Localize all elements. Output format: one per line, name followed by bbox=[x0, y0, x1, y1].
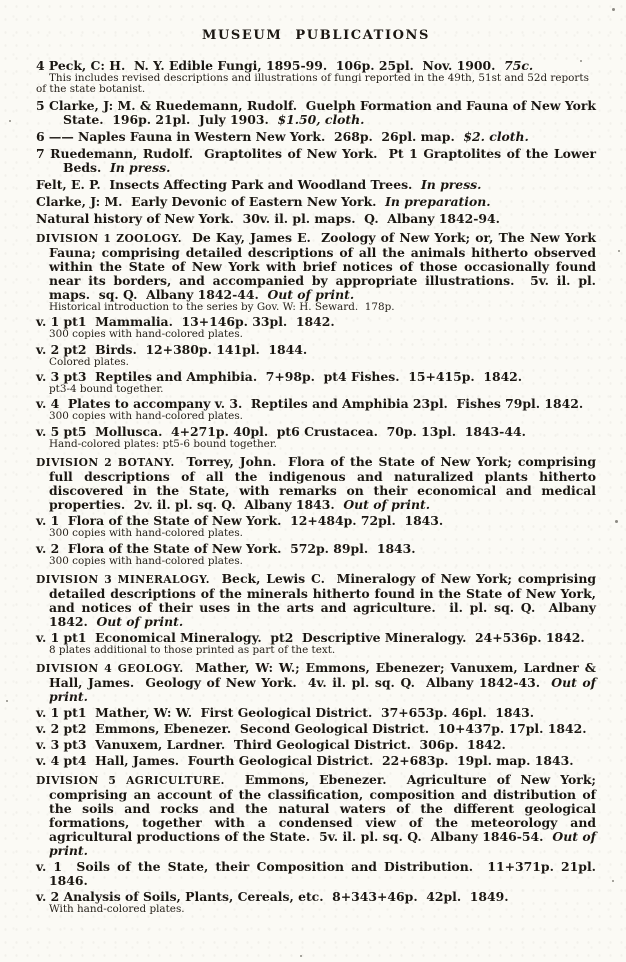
text-segment: v. 1 pt1 Mammalia. 13+146p. 33pl. 1842. bbox=[36, 314, 335, 329]
text-segment-italic: 75c. bbox=[504, 58, 533, 73]
scan-speck bbox=[580, 60, 582, 62]
entry-note: 300 copies with hand-colored plates. bbox=[36, 528, 596, 539]
entry-note: 300 copies with hand-colored plates. bbox=[36, 411, 596, 422]
entry-note: Colored plates. bbox=[36, 357, 596, 368]
entry-note: This includes revised descriptions and i… bbox=[36, 73, 596, 96]
division-entry: DIVISION 1 ZOOLOGY. De Kay, James E. Zoo… bbox=[36, 231, 596, 302]
text-segment: v. 1 pt1 Mather, W: W. First Geological … bbox=[36, 705, 534, 720]
text-segment: v. 2 Analysis of Soils, Plants, Cereals,… bbox=[36, 889, 509, 904]
text-segment: 8 plates additional to those printed as … bbox=[49, 644, 335, 656]
text-segment: Natural history of New York. 30v. il. pl… bbox=[36, 211, 500, 226]
volume-entry: v. 2 Analysis of Soils, Plants, Cereals,… bbox=[36, 890, 596, 904]
text-segment: v. 1 pt1 Economical Mineralogy. pt2 Desc… bbox=[36, 630, 585, 645]
catalog-entry: 5 Clarke, J: M. & Ruedemann, Rudolf. Gue… bbox=[36, 99, 596, 127]
text-segment-sc: DIVISION 1 ZOOLOGY. bbox=[36, 232, 182, 245]
volume-entry: v. 1 Soils of the State, their Compositi… bbox=[36, 860, 596, 888]
scan-speck bbox=[612, 8, 615, 11]
division-entry: DIVISION 5 AGRICULTURE. Emmons, Ebenezer… bbox=[36, 773, 596, 858]
division-entry: DIVISION 2 BOTANY. Torrey, John. Flora o… bbox=[36, 455, 596, 512]
scanned-book-page: MUSEUM PUBLICATIONS 4 Peck, C: H. N. Y. … bbox=[0, 0, 626, 962]
text-segment: With hand-colored plates. bbox=[49, 903, 185, 915]
entry-note: 300 copies with hand-colored plates. bbox=[36, 329, 596, 340]
text-segment: Hand-colored plates: pt5-6 bound togethe… bbox=[49, 438, 277, 450]
volume-entry: v. 1 pt1 Economical Mineralogy. pt2 Desc… bbox=[36, 631, 596, 645]
text-segment: 300 copies with hand-colored plates. bbox=[49, 527, 243, 539]
text-segment: v. 1 Soils of the State, their Compositi… bbox=[36, 859, 600, 888]
volume-entry: v. 2 pt2 Birds. 12+380p. 141pl. 1844. bbox=[36, 343, 596, 357]
entry-note: With hand-colored plates. bbox=[36, 904, 596, 915]
entry-note: 300 copies with hand-colored plates. bbox=[36, 556, 596, 567]
scan-speck bbox=[9, 120, 11, 122]
volume-entry: v. 3 pt3 Reptiles and Amphibia. 7+98p. p… bbox=[36, 370, 596, 384]
entry-note: pt3-4 bound together. bbox=[36, 384, 596, 395]
volume-entry: v. 1 pt1 Mammalia. 13+146p. 33pl. 1842. bbox=[36, 315, 596, 329]
scan-speck bbox=[6, 700, 8, 702]
text-segment: v. 1 Flora of the State of New York. 12+… bbox=[36, 513, 443, 528]
text-segment: v. 2 pt2 Emmons, Ebenezer. Second Geolog… bbox=[36, 721, 587, 736]
catalog-entry: 7 Ruedemann, Rudolf. Graptolites of New … bbox=[36, 147, 596, 175]
text-segment: 4 Peck, C: H. N. Y. Edible Fungi, 1895-9… bbox=[36, 58, 504, 73]
text-segment: v. 5 pt5 Mollusca. 4+271p. 40pl. pt6 Cru… bbox=[36, 424, 526, 439]
text-segment: v. 2 pt2 Birds. 12+380p. 141pl. 1844. bbox=[36, 342, 307, 357]
text-segment: v. 4 Plates to accompany v. 3. Reptiles … bbox=[36, 396, 583, 411]
page-title: MUSEUM PUBLICATIONS bbox=[36, 28, 596, 43]
text-segment-italic: In press. bbox=[421, 177, 481, 192]
text-segment: v. 3 pt3 Reptiles and Amphibia. 7+98p. p… bbox=[36, 369, 522, 384]
text-segment: v. 4 pt4 Hall, James. Fourth Geological … bbox=[36, 753, 574, 768]
catalog-entry: 6 —— Naples Fauna in Western New York. 2… bbox=[36, 130, 596, 144]
entry-note: 8 plates additional to those printed as … bbox=[36, 645, 596, 656]
publication-list: 4 Peck, C: H. N. Y. Edible Fungi, 1895-9… bbox=[36, 59, 596, 916]
catalog-entry: Natural history of New York. 30v. il. pl… bbox=[36, 212, 596, 226]
text-segment-sc: DIVISION 3 MINERALOGY. bbox=[36, 573, 210, 586]
text-segment: 300 copies with hand-colored plates. bbox=[49, 410, 243, 422]
text-segment-sc: DIVISION 5 AGRICULTURE. bbox=[36, 774, 225, 787]
text-segment-sc: DIVISION 2 BOTANY. bbox=[36, 456, 175, 469]
text-segment: 300 copies with hand-colored plates. bbox=[49, 555, 243, 567]
catalog-entry: Clarke, J: M. Early Devonic of Eastern N… bbox=[36, 195, 596, 209]
division-entry: DIVISION 4 GEOLOGY. Mather, W: W.; Emmon… bbox=[36, 661, 596, 704]
text-segment-italic: Out of print. bbox=[96, 614, 183, 629]
text-segment-italic: Out of print. bbox=[267, 287, 354, 302]
text-segment: v. 3 pt3 Vanuxem, Lardner. Third Geologi… bbox=[36, 737, 506, 752]
text-segment-sc: DIVISION 4 GEOLOGY. bbox=[36, 662, 183, 675]
scan-speck bbox=[615, 520, 618, 523]
volume-entry: v. 2 pt2 Emmons, Ebenezer. Second Geolog… bbox=[36, 722, 596, 736]
text-segment: 300 copies with hand-colored plates. bbox=[49, 328, 243, 340]
volume-entry: v. 2 Flora of the State of New York. 572… bbox=[36, 542, 596, 556]
text-segment-italic: $1.50, cloth. bbox=[277, 112, 364, 127]
catalog-entry: Felt, E. P. Insects Affecting Park and W… bbox=[36, 178, 596, 192]
text-segment: Colored plates. bbox=[49, 356, 129, 368]
scan-speck bbox=[612, 880, 614, 882]
text-segment: Felt, E. P. Insects Affecting Park and W… bbox=[36, 177, 421, 192]
text-segment: Clarke, J: M. Early Devonic of Eastern N… bbox=[36, 194, 385, 209]
text-segment: This includes revised descriptions and i… bbox=[36, 72, 592, 95]
text-segment: Historical introduction to the series by… bbox=[49, 301, 395, 313]
volume-entry: v. 1 pt1 Mather, W: W. First Geological … bbox=[36, 706, 596, 720]
text-segment-italic: $2. cloth. bbox=[463, 129, 528, 144]
volume-entry: v. 1 Flora of the State of New York. 12+… bbox=[36, 514, 596, 528]
entry-note: Hand-colored plates: pt5-6 bound togethe… bbox=[36, 439, 596, 450]
volume-entry: v. 5 pt5 Mollusca. 4+271p. 40pl. pt6 Cru… bbox=[36, 425, 596, 439]
scan-speck bbox=[618, 250, 620, 252]
text-segment: v. 2 Flora of the State of New York. 572… bbox=[36, 541, 416, 556]
text-segment: pt3-4 bound together. bbox=[49, 383, 163, 395]
division-entry: DIVISION 3 MINERALOGY. Beck, Lewis C. Mi… bbox=[36, 572, 596, 629]
volume-entry: v. 3 pt3 Vanuxem, Lardner. Third Geologi… bbox=[36, 738, 596, 752]
entry-note: Historical introduction to the series by… bbox=[36, 302, 596, 313]
catalog-entry: 4 Peck, C: H. N. Y. Edible Fungi, 1895-9… bbox=[36, 59, 596, 73]
scan-speck bbox=[300, 955, 302, 957]
volume-entry: v. 4 pt4 Hall, James. Fourth Geological … bbox=[36, 754, 596, 768]
volume-entry: v. 4 Plates to accompany v. 3. Reptiles … bbox=[36, 397, 596, 411]
text-segment: 6 —— Naples Fauna in Western New York. 2… bbox=[36, 129, 463, 144]
text-segment-italic: In preparation. bbox=[385, 194, 490, 209]
text-segment-italic: In press. bbox=[110, 160, 170, 175]
text-segment-italic: Out of print. bbox=[343, 497, 430, 512]
